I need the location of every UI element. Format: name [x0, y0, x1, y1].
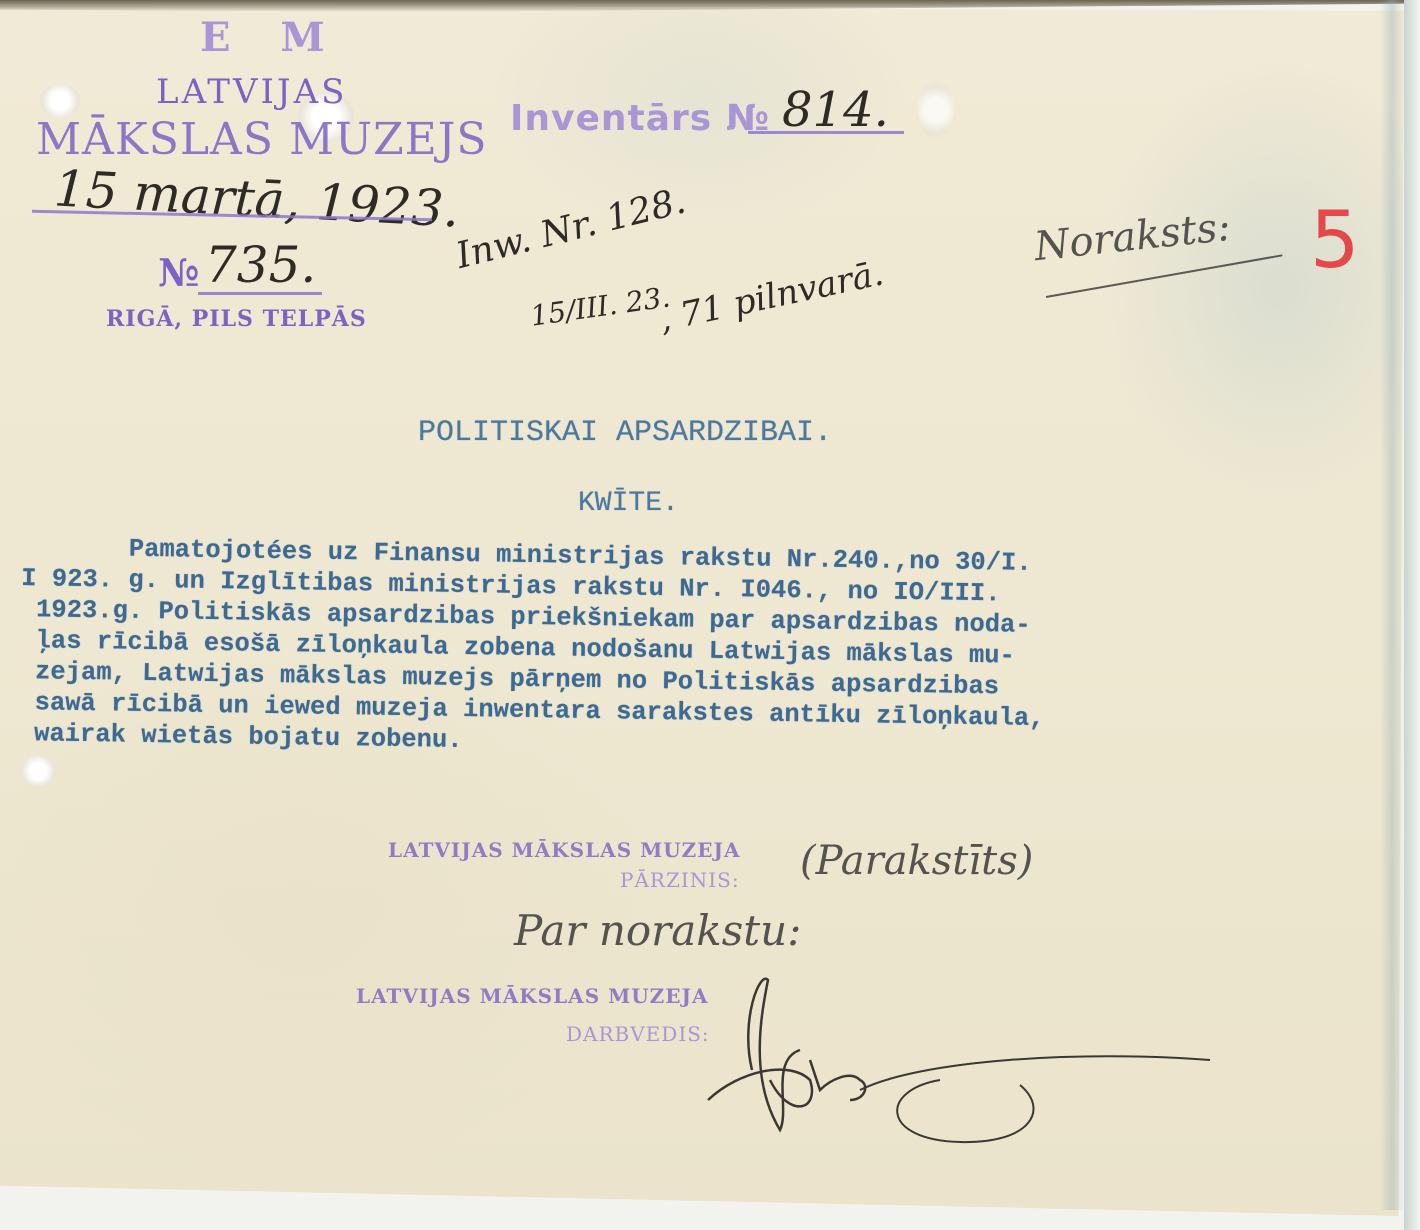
body-text: Pamatojotées uz Finansu ministrijas raks… — [19, 532, 1048, 765]
paper-stain — [1380, 0, 1404, 1210]
stamp-location: RIGĀ, PILS TELPĀS — [106, 306, 367, 332]
director-stamp-line-2: PĀRZINIS: — [620, 868, 740, 892]
paper-tear — [918, 82, 954, 138]
signed-note: (Parakstīts) — [800, 838, 1033, 884]
clerk-stamp-line-2: DARBVEDIS: — [566, 1022, 710, 1046]
number-line — [198, 292, 322, 295]
inventory-number: 814. — [782, 82, 889, 138]
stamp-em: E M — [200, 14, 343, 61]
director-stamp-line-1: LATVIJAS MĀKSLAS MUZEJA — [388, 838, 741, 862]
scan-right-edge — [1404, 0, 1420, 1230]
inventory-label: Inventārs № — [510, 98, 770, 139]
addressee: POLITISKAI APSARDZIBAI. — [418, 416, 832, 450]
stamp-number-label: № — [158, 250, 200, 295]
signature — [700, 960, 1220, 1160]
stamp-latvijas: LATVIJAS — [156, 72, 347, 112]
punch-hole — [20, 756, 56, 786]
document-title: KWĪTE. — [578, 488, 679, 519]
stamp-makslas-muzejs: MĀKSLAS MUZEJS — [36, 114, 488, 165]
clerk-stamp-line-1: LATVIJAS MĀKSLAS MUZEJA — [356, 984, 709, 1008]
handwritten-number: 735. — [205, 236, 316, 294]
copy-note: Par norakstu: — [514, 906, 801, 955]
punch-hole — [40, 84, 80, 118]
red-pencil-mark: 5 — [1310, 196, 1360, 286]
